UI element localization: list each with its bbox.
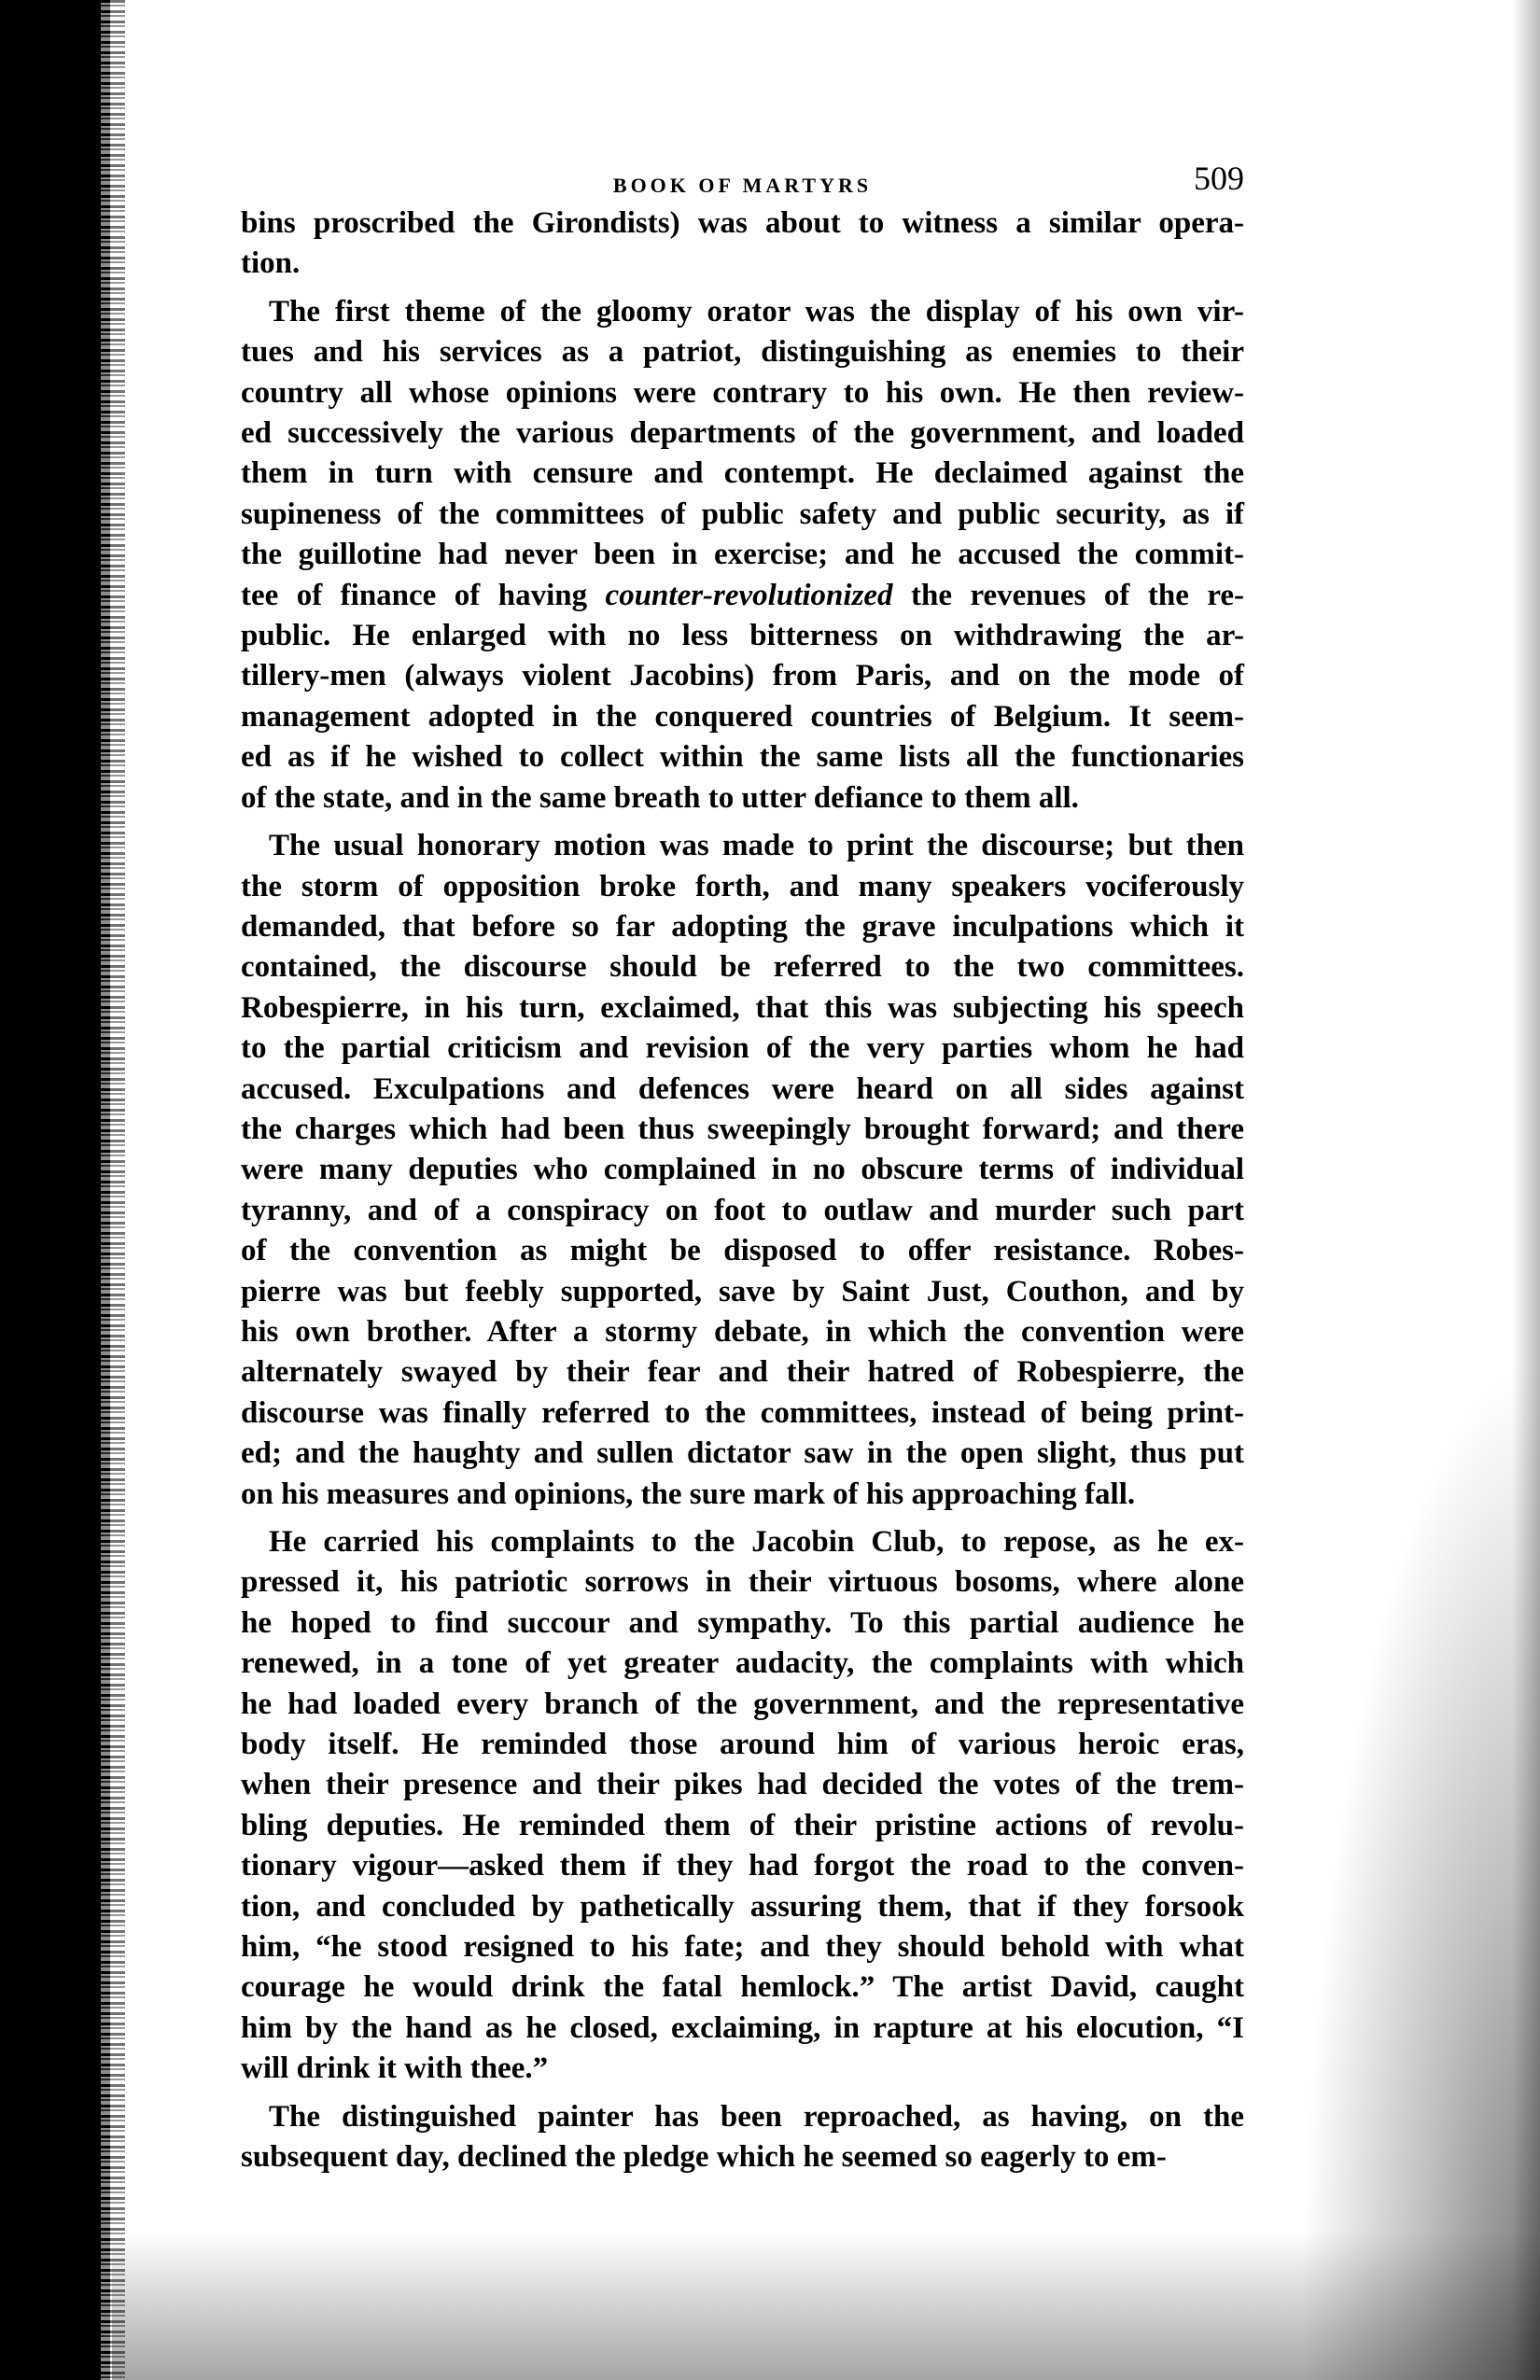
paragraph: He carried his complaints to the Jacobin… [241,1522,1244,2090]
book-page: BOOK OF MARTYRS 509 bins proscribed the … [241,159,1244,2186]
text-line: of the state, and in the same breath to … [241,778,1244,819]
text-line: the guillotine had never been in exercis… [241,535,1244,575]
text-line: them in turn with censure and contempt. … [241,454,1244,494]
text-line: tionary vigour—asked them if they had fo… [241,1846,1244,1886]
text-line: country all whose opinions were contrary… [241,373,1244,413]
text-line: when their presence and their pikes had … [241,1765,1244,1805]
text-line: will drink it with thee.” [241,2049,1244,2089]
text-line: demanded, that before so far adopting th… [241,907,1244,947]
text-line: tillery-men (always violent Jacobins) fr… [241,656,1244,696]
page-number: 509 [1194,159,1244,198]
text-line: The distinguished painter has been repro… [241,2097,1244,2137]
text-line: bling deputies. He reminded them of thei… [241,1806,1244,1846]
text-line: to the partial criticism and revision of… [241,1029,1244,1069]
text-line: on his measures and opinions, the sure m… [241,1475,1244,1515]
text-line: He carried his complaints to the Jacobin… [241,1522,1244,1562]
text-line: of the convention as might be disposed t… [241,1231,1244,1271]
text-line: he hoped to find succour and sympathy. T… [241,1603,1244,1644]
text-line: his own brother. After a stormy debate, … [241,1312,1244,1352]
scan-bottom-shadow [112,2231,1540,2380]
text-line: supineness of the committees of public s… [241,495,1244,535]
text-line: The usual honorary motion was made to pr… [241,826,1244,866]
text-line: Robespierre, in his turn, exclaimed, tha… [241,988,1244,1029]
text-line: ed; and the haughty and sullen dictator … [241,1434,1244,1474]
text-line: bins proscribed the Girondists) was abou… [241,203,1244,244]
text-line: contained, the discourse should be refer… [241,947,1244,987]
text-line: he had loaded every branch of the govern… [241,1685,1244,1725]
text-line: subsequent day, declined the pledge whic… [241,2137,1244,2177]
text-line: public. He enlarged with no less bittern… [241,616,1244,656]
running-head: BOOK OF MARTYRS 509 [241,159,1244,196]
scan-left-edge-noise [101,0,125,2380]
text-line: alternately swayed by their fear and the… [241,1352,1244,1393]
text-line: pierre was but feebly supported, save by… [241,1272,1244,1312]
text-line: tion. [241,244,1244,284]
body-text: bins proscribed the Girondists) was abou… [241,203,1244,2178]
text-line: ed successively the various departments … [241,413,1244,454]
text-line: The first theme of the gloomy orator was… [241,292,1244,332]
text-line: tee of finance of having counter-revolut… [241,576,1244,616]
text-line: ed as if he wished to collect within the… [241,737,1244,777]
text-line: courage he would drink the fatal hemlock… [241,1967,1244,2008]
text-line: tyranny, and of a conspiracy on foot to … [241,1191,1244,1231]
paragraph: The distinguished painter has been repro… [241,2097,1244,2178]
text-line: body itself. He reminded those around hi… [241,1725,1244,1765]
text-line: management adopted in the conquered coun… [241,697,1244,737]
text-line: him by the hand as he closed, exclaiming… [241,2009,1244,2049]
text-line: the charges which had been thus sweeping… [241,1110,1244,1150]
paragraph: The usual honorary motion was made to pr… [241,826,1244,1515]
text-line: renewed, in a tone of yet greater audaci… [241,1644,1244,1684]
scan-left-dark-margin [0,0,110,2380]
paragraph: The first theme of the gloomy orator was… [241,292,1244,819]
text-line: pressed it, his patriotic sorrows in the… [241,1562,1244,1603]
text-line: discourse was finally referred to the co… [241,1393,1244,1434]
italic-emphasis: counter-revolutionized [606,579,893,612]
text-line: accused. Exculpations and defences were … [241,1070,1244,1110]
running-title: BOOK OF MARTYRS [241,174,1244,198]
text-line: were many deputies who complained in no … [241,1150,1244,1190]
text-line: tues and his services as a patriot, dist… [241,332,1244,372]
text-line: the storm of opposition broke forth, and… [241,867,1244,907]
paragraph: bins proscribed the Girondists) was abou… [241,203,1244,285]
text-line: him, “he stood resigned to his fate; and… [241,1927,1244,1967]
text-line: tion, and concluded by pathetically assu… [241,1887,1244,1927]
scan-bottom-right-shadow [1297,1353,1540,2380]
